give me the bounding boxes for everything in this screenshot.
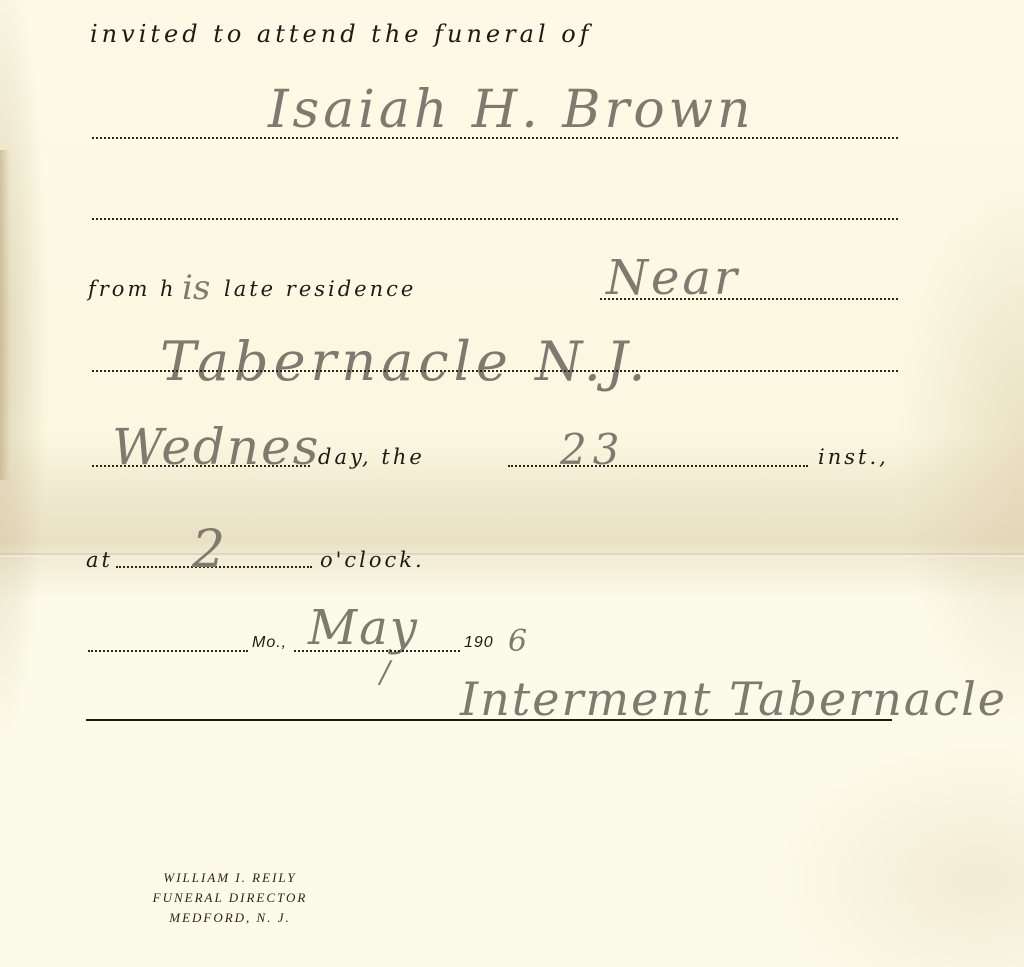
signature-solid-line: [86, 719, 892, 721]
town-dotted-line: [92, 370, 898, 372]
director-title: FUNERAL DIRECTOR: [110, 888, 350, 908]
hour-fill: 2: [192, 520, 225, 580]
weekday-fill: Wednes: [112, 418, 320, 476]
year-digit: 6: [508, 624, 527, 659]
interment-note: Interment Tabernacle: [460, 672, 1007, 726]
weekday-dotted-line: [92, 465, 310, 467]
at-label: at: [86, 548, 113, 572]
paper-fold-crease: [0, 553, 1024, 557]
day-blank-dotted-line: [88, 650, 248, 652]
day-suffix: day, the: [318, 445, 425, 469]
torn-left-edge: [0, 150, 10, 480]
blank-dotted-line: [92, 218, 898, 220]
hand-flourish: /: [380, 655, 390, 690]
director-location: MEDFORD, N. J.: [110, 908, 350, 928]
director-name: WILLIAM I. REILY: [110, 868, 350, 888]
pronoun-fill: is: [182, 268, 210, 308]
year-prefix: 190: [464, 634, 494, 652]
residence-prefix: from h: [88, 277, 177, 301]
paper-background: [0, 0, 1024, 967]
month-fill: May: [308, 600, 419, 656]
invitation-heading: invited to attend the funeral of: [90, 20, 593, 48]
residence-dotted-line: [600, 298, 898, 300]
oclock-label: o'clock.: [320, 548, 425, 572]
funeral-director-imprint: WILLIAM I. REILY FUNERAL DIRECTOR MEDFOR…: [110, 868, 350, 928]
month-label: Mo.,: [252, 634, 287, 652]
residence-line2: Tabernacle N.J.: [160, 330, 651, 393]
date-dotted-line: [508, 465, 808, 467]
deceased-name: Isaiah H. Brown: [268, 80, 755, 140]
residence-suffix: late residence: [224, 277, 416, 301]
month-dotted-line: [294, 650, 460, 652]
inst-label: inst.,: [818, 445, 889, 469]
name-dotted-line: [92, 137, 898, 139]
